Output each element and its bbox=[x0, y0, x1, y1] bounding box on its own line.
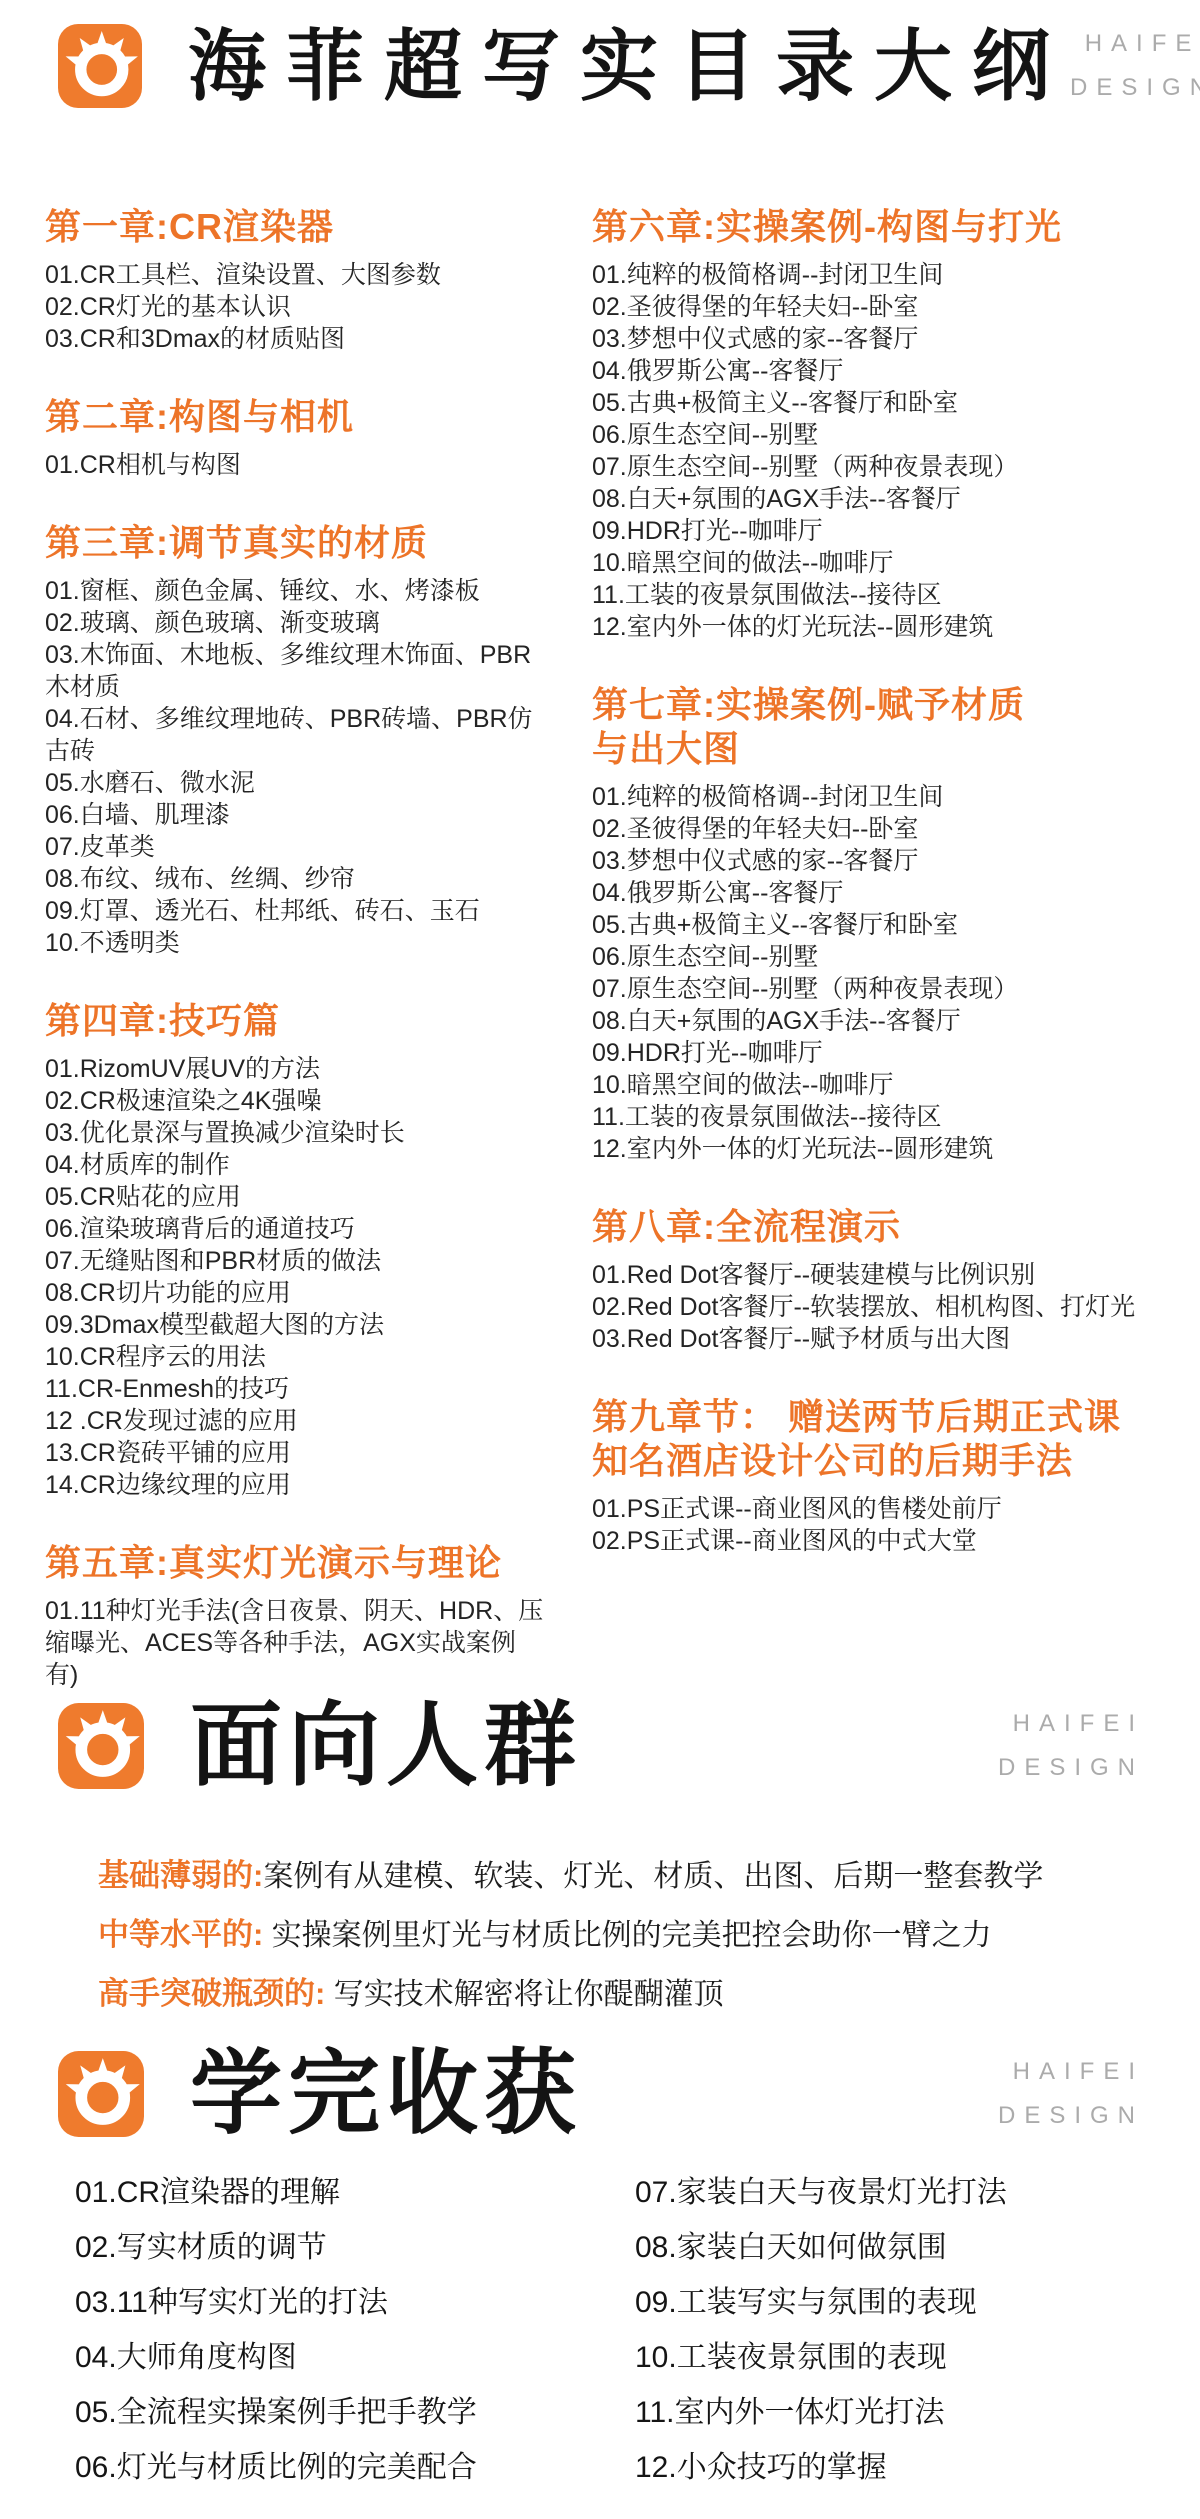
chapter-item: 07.皮革类 bbox=[45, 831, 545, 863]
chapter-6: 第六章:实操案例-构图与打光 01.纯粹的极简格调--封闭卫生间02.圣彼得堡的… bbox=[592, 205, 1177, 643]
chapter-item: 02.PS正式课--商业图风的中式大堂 bbox=[592, 1525, 1177, 1557]
course-outline-poster: 海菲超写实目录大纲 HAIFEI DESIGN 第一章:CR渲染器 01.CR工… bbox=[0, 0, 1200, 2519]
chapter-item: 02.圣彼得堡的年轻夫妇--卧室 bbox=[592, 291, 1177, 323]
audience-bullets: 基础薄弱的:案例有从建模、软装、灯光、材质、出图、后期一整套教学 中等水平的: … bbox=[98, 1858, 1160, 2035]
chapter-6-title: 第六章:实操案例-构图与打光 bbox=[592, 205, 1177, 249]
chapter-item: 01.RizomUV展UV的方法 bbox=[45, 1053, 545, 1085]
chapter-9-items: 01.PS正式课--商业图风的售楼处前厅02.PS正式课--商业图风的中式大堂 bbox=[592, 1493, 1177, 1557]
chapter-item: 07.无缝贴图和PBR材质的做法 bbox=[45, 1245, 545, 1277]
chapter-item: 05.水磨石、微水泥 bbox=[45, 767, 545, 799]
audience-bullet-label: 中等水平的: bbox=[98, 1917, 263, 1952]
chapter-item: 12 .CR发现过滤的应用 bbox=[45, 1405, 545, 1437]
audience-header: 面向人群 HAIFEI DESIGN bbox=[58, 1700, 1144, 1792]
chapter-4-title: 第四章:技巧篇 bbox=[45, 999, 545, 1043]
brand-line1: HAIFEI bbox=[998, 1702, 1144, 1746]
audience-bullet-label: 基础薄弱的: bbox=[98, 1858, 263, 1893]
chapter-item: 04.材质库的制作 bbox=[45, 1149, 545, 1181]
brand-line2: DESIGN bbox=[998, 1746, 1144, 1790]
chapter-7-items: 01.纯粹的极简格调--封闭卫生间02.圣彼得堡的年轻夫妇--卧室03.梦想中仪… bbox=[592, 781, 1177, 1165]
chapter-item: 01.Red Dot客餐厅--硬装建模与比例识别 bbox=[592, 1259, 1177, 1291]
gain-item: 12.小众技巧的掌握 bbox=[635, 2440, 1007, 2495]
chapter-item: 12.室内外一体的灯光玩法--圆形建筑 bbox=[592, 1133, 1177, 1165]
chapter-3: 第三章:调节真实的材质 01.窗框、颜色金属、锤纹、水、烤漆板02.玻璃、颜色玻… bbox=[45, 521, 545, 959]
chapter-5-title: 第五章:真实灯光演示与理论 bbox=[45, 1541, 545, 1585]
chapter-item: 08.CR切片功能的应用 bbox=[45, 1277, 545, 1309]
gains-title: 学完收获 bbox=[190, 2048, 582, 2140]
brand-mark: HAIFEI DESIGN bbox=[998, 2050, 1144, 2138]
gain-item: 08.家装白天如何做氛围 bbox=[635, 2220, 1007, 2275]
chapter-item: 09.灯罩、透光石、杜邦纸、砖石、玉石 bbox=[45, 895, 545, 927]
chapter-8-items: 01.Red Dot客餐厅--硬装建模与比例识别02.Red Dot客餐厅--软… bbox=[592, 1259, 1177, 1355]
chapter-item: 01.CR相机与构图 bbox=[45, 449, 545, 481]
chapter-4-items: 01.RizomUV展UV的方法02.CR极速渲染之4K强噪03.优化景深与置换… bbox=[45, 1053, 545, 1501]
chapter-item: 12.室内外一体的灯光玩法--圆形建筑 bbox=[592, 611, 1177, 643]
chapter-item: 08.白天+氛围的AGX手法--客餐厅 bbox=[592, 1005, 1177, 1037]
chapter-item: 09.HDR打光--咖啡厅 bbox=[592, 1037, 1177, 1069]
brand-line2: DESIGN bbox=[998, 2094, 1144, 2138]
chapter-item: 01.纯粹的极简格调--封闭卫生间 bbox=[592, 781, 1177, 813]
chapter-2-title: 第二章:构图与相机 bbox=[45, 395, 545, 439]
chapter-item: 14.CR边缘纹理的应用 bbox=[45, 1469, 545, 1501]
chapter-item: 04.石材、多维纹理地砖、PBR砖墙、PBR仿古砖 bbox=[45, 703, 545, 767]
chapter-item: 06.原生态空间--别墅 bbox=[592, 941, 1177, 973]
chapter-item: 02.CR极速渲染之4K强噪 bbox=[45, 1085, 545, 1117]
chapter-item: 09.3Dmax模型截超大图的方法 bbox=[45, 1309, 545, 1341]
chapters-left-column: 第一章:CR渲染器 01.CR工具栏、渲染设置、大图参数02.CR灯光的基本认识… bbox=[45, 205, 545, 1731]
chapter-item: 01.CR工具栏、渲染设置、大图参数 bbox=[45, 259, 545, 291]
audience-title: 面向人群 bbox=[190, 1700, 582, 1792]
gain-item: 07.家装白天与夜景灯光打法 bbox=[635, 2165, 1007, 2220]
brand-line1: HAIFEI bbox=[1070, 22, 1200, 66]
gain-item: 11.室内外一体灯光打法 bbox=[635, 2385, 1007, 2440]
chapter-item: 03.木饰面、木地板、多维纹理木饰面、PBR木材质 bbox=[45, 639, 545, 703]
chapter-6-items: 01.纯粹的极简格调--封闭卫生间02.圣彼得堡的年轻夫妇--卧室03.梦想中仪… bbox=[592, 259, 1177, 643]
chapter-item: 11.工装的夜景氛围做法--接待区 bbox=[592, 579, 1177, 611]
gains-list: 01.CR渲染器的理解02.写实材质的调节03.11种写实灯光的打法04.大师角… bbox=[75, 2165, 1170, 2495]
chapter-item: 02.圣彼得堡的年轻夫妇--卧室 bbox=[592, 813, 1177, 845]
chapter-item: 06.白墙、肌理漆 bbox=[45, 799, 545, 831]
chapter-3-items: 01.窗框、颜色金属、锤纹、水、烤漆板02.玻璃、颜色玻璃、渐变玻璃03.木饰面… bbox=[45, 575, 545, 959]
chapter-item: 01.PS正式课--商业图风的售楼处前厅 bbox=[592, 1493, 1177, 1525]
chapter-item: 04.俄罗斯公寓--客餐厅 bbox=[592, 877, 1177, 909]
chapter-1: 第一章:CR渲染器 01.CR工具栏、渲染设置、大图参数02.CR灯光的基本认识… bbox=[45, 205, 545, 355]
chapter-item: 07.原生态空间--别墅（两种夜景表现） bbox=[592, 451, 1177, 483]
chapter-item: 05.古典+极简主义--客餐厅和卧室 bbox=[592, 909, 1177, 941]
chapter-item: 10.CR程序云的用法 bbox=[45, 1341, 545, 1373]
chapter-item: 11.工装的夜景氛围做法--接待区 bbox=[592, 1101, 1177, 1133]
chapter-item: 03.CR和3Dmax的材质贴图 bbox=[45, 323, 545, 355]
brand-mark: HAIFEI DESIGN bbox=[998, 1702, 1144, 1790]
audience-bullet-text: 写实技术解密将让你醍醐灌顶 bbox=[325, 1978, 723, 2011]
page-title: 海菲超写实目录大纲 bbox=[188, 27, 1070, 105]
chapter-9-title: 第九章节： 赠送两节后期正式课 知名酒店设计公司的后期手法 bbox=[592, 1395, 1177, 1483]
chapter-columns: 第一章:CR渲染器 01.CR工具栏、渲染设置、大图参数02.CR灯光的基本认识… bbox=[45, 205, 1177, 1731]
chapter-item: 02.Red Dot客餐厅--软装摆放、相机构图、打灯光 bbox=[592, 1291, 1177, 1323]
gain-item: 10.工装夜景氛围的表现 bbox=[635, 2330, 1007, 2385]
gain-item: 02.写实材质的调节 bbox=[75, 2220, 635, 2275]
gain-item: 06.灯光与材质比例的完美配合 bbox=[75, 2440, 635, 2495]
chapter-8: 第八章:全流程演示 01.Red Dot客餐厅--硬装建模与比例识别02.Red… bbox=[592, 1205, 1177, 1355]
chapter-item: 08.白天+氛围的AGX手法--客餐厅 bbox=[592, 483, 1177, 515]
chapter-3-title: 第三章:调节真实的材质 bbox=[45, 521, 545, 565]
chapter-item: 10.暗黑空间的做法--咖啡厅 bbox=[592, 547, 1177, 579]
chapters-right-column: 第六章:实操案例-构图与打光 01.纯粹的极简格调--封闭卫生间02.圣彼得堡的… bbox=[592, 205, 1177, 1731]
chapter-item: 02.玻璃、颜色玻璃、渐变玻璃 bbox=[45, 607, 545, 639]
brand-line1: HAIFEI bbox=[998, 2050, 1144, 2094]
gain-item: 09.工装写实与氛围的表现 bbox=[635, 2275, 1007, 2330]
audience-bullet-text: 实操案例里灯光与材质比例的完美把控会助你一臂之力 bbox=[263, 1919, 991, 1952]
chapter-item: 05.CR贴花的应用 bbox=[45, 1181, 545, 1213]
chapter-8-title: 第八章:全流程演示 bbox=[592, 1205, 1177, 1249]
chapter-7: 第七章:实操案例-赋予材质 与出大图 01.纯粹的极简格调--封闭卫生间02.圣… bbox=[592, 683, 1177, 1165]
chapter-item: 03.梦想中仪式感的家--客餐厅 bbox=[592, 323, 1177, 355]
chapter-item: 08.布纹、绒布、丝绸、纱帘 bbox=[45, 863, 545, 895]
flame-logo-icon bbox=[58, 1703, 144, 1789]
gain-item: 03.11种写实灯光的打法 bbox=[75, 2275, 635, 2330]
flame-logo-icon bbox=[58, 2051, 144, 2137]
brand-line2: DESIGN bbox=[1070, 66, 1200, 110]
gains-left-column: 01.CR渲染器的理解02.写实材质的调节03.11种写实灯光的打法04.大师角… bbox=[75, 2165, 635, 2495]
brand-mark: HAIFEI DESIGN bbox=[1070, 22, 1200, 110]
audience-bullet-text: 案例有从建模、软装、灯光、材质、出图、后期一整套教学 bbox=[263, 1860, 1043, 1893]
gains-right-column: 07.家装白天与夜景灯光打法08.家装白天如何做氛围09.工装写实与氛围的表现1… bbox=[635, 2165, 1007, 2495]
chapter-4: 第四章:技巧篇 01.RizomUV展UV的方法02.CR极速渲染之4K强噪03… bbox=[45, 999, 545, 1501]
gain-item: 01.CR渲染器的理解 bbox=[75, 2165, 635, 2220]
chapter-1-items: 01.CR工具栏、渲染设置、大图参数02.CR灯光的基本认识03.CR和3Dma… bbox=[45, 259, 545, 355]
gain-item: 04.大师角度构图 bbox=[75, 2330, 635, 2385]
chapter-item: 09.HDR打光--咖啡厅 bbox=[592, 515, 1177, 547]
chapter-item: 01.窗框、颜色金属、锤纹、水、烤漆板 bbox=[45, 575, 545, 607]
chapter-item: 03.梦想中仪式感的家--客餐厅 bbox=[592, 845, 1177, 877]
chapter-item: 03.Red Dot客餐厅--赋予材质与出大图 bbox=[592, 1323, 1177, 1355]
gains-header: 学完收获 HAIFEI DESIGN bbox=[58, 2048, 1144, 2140]
chapter-7-title: 第七章:实操案例-赋予材质 与出大图 bbox=[592, 683, 1177, 771]
chapter-item: 10.不透明类 bbox=[45, 927, 545, 959]
chapter-2: 第二章:构图与相机 01.CR相机与构图 bbox=[45, 395, 545, 481]
chapter-5-items: 01.11种灯光手法(含日夜景、阴天、HDR、压缩曝光、ACES等各种手法，AG… bbox=[45, 1595, 545, 1691]
chapter-9: 第九章节： 赠送两节后期正式课 知名酒店设计公司的后期手法 01.PS正式课--… bbox=[592, 1395, 1177, 1557]
audience-bullet: 中等水平的: 实操案例里灯光与材质比例的完美把控会助你一臂之力 bbox=[98, 1917, 1160, 1954]
chapter-item: 11.CR-Enmesh的技巧 bbox=[45, 1373, 545, 1405]
chapter-item: 05.古典+极简主义--客餐厅和卧室 bbox=[592, 387, 1177, 419]
audience-bullet: 基础薄弱的:案例有从建模、软装、灯光、材质、出图、后期一整套教学 bbox=[98, 1858, 1160, 1895]
audience-bullet: 高手突破瓶颈的: 写实技术解密将让你醍醐灌顶 bbox=[98, 1976, 1160, 2013]
chapter-item: 06.原生态空间--别墅 bbox=[592, 419, 1177, 451]
chapter-1-title: 第一章:CR渲染器 bbox=[45, 205, 545, 249]
flame-logo-icon bbox=[58, 24, 142, 108]
chapter-item: 01.11种灯光手法(含日夜景、阴天、HDR、压缩曝光、ACES等各种手法，AG… bbox=[45, 1595, 545, 1691]
chapter-item: 13.CR瓷砖平铺的应用 bbox=[45, 1437, 545, 1469]
chapter-item: 03.优化景深与置换减少渲染时长 bbox=[45, 1117, 545, 1149]
chapter-5: 第五章:真实灯光演示与理论 01.11种灯光手法(含日夜景、阴天、HDR、压缩曝… bbox=[45, 1541, 545, 1691]
chapter-item: 10.暗黑空间的做法--咖啡厅 bbox=[592, 1069, 1177, 1101]
chapter-item: 04.俄罗斯公寓--客餐厅 bbox=[592, 355, 1177, 387]
outline-header: 海菲超写实目录大纲 HAIFEI DESIGN bbox=[58, 22, 1144, 110]
gain-item: 05.全流程实操案例手把手教学 bbox=[75, 2385, 635, 2440]
chapter-item: 01.纯粹的极简格调--封闭卫生间 bbox=[592, 259, 1177, 291]
chapter-item: 06.渲染玻璃背后的通道技巧 bbox=[45, 1213, 545, 1245]
chapter-item: 02.CR灯光的基本认识 bbox=[45, 291, 545, 323]
audience-bullet-label: 高手突破瓶颈的: bbox=[98, 1976, 325, 2011]
chapter-2-items: 01.CR相机与构图 bbox=[45, 449, 545, 481]
chapter-item: 07.原生态空间--别墅（两种夜景表现） bbox=[592, 973, 1177, 1005]
